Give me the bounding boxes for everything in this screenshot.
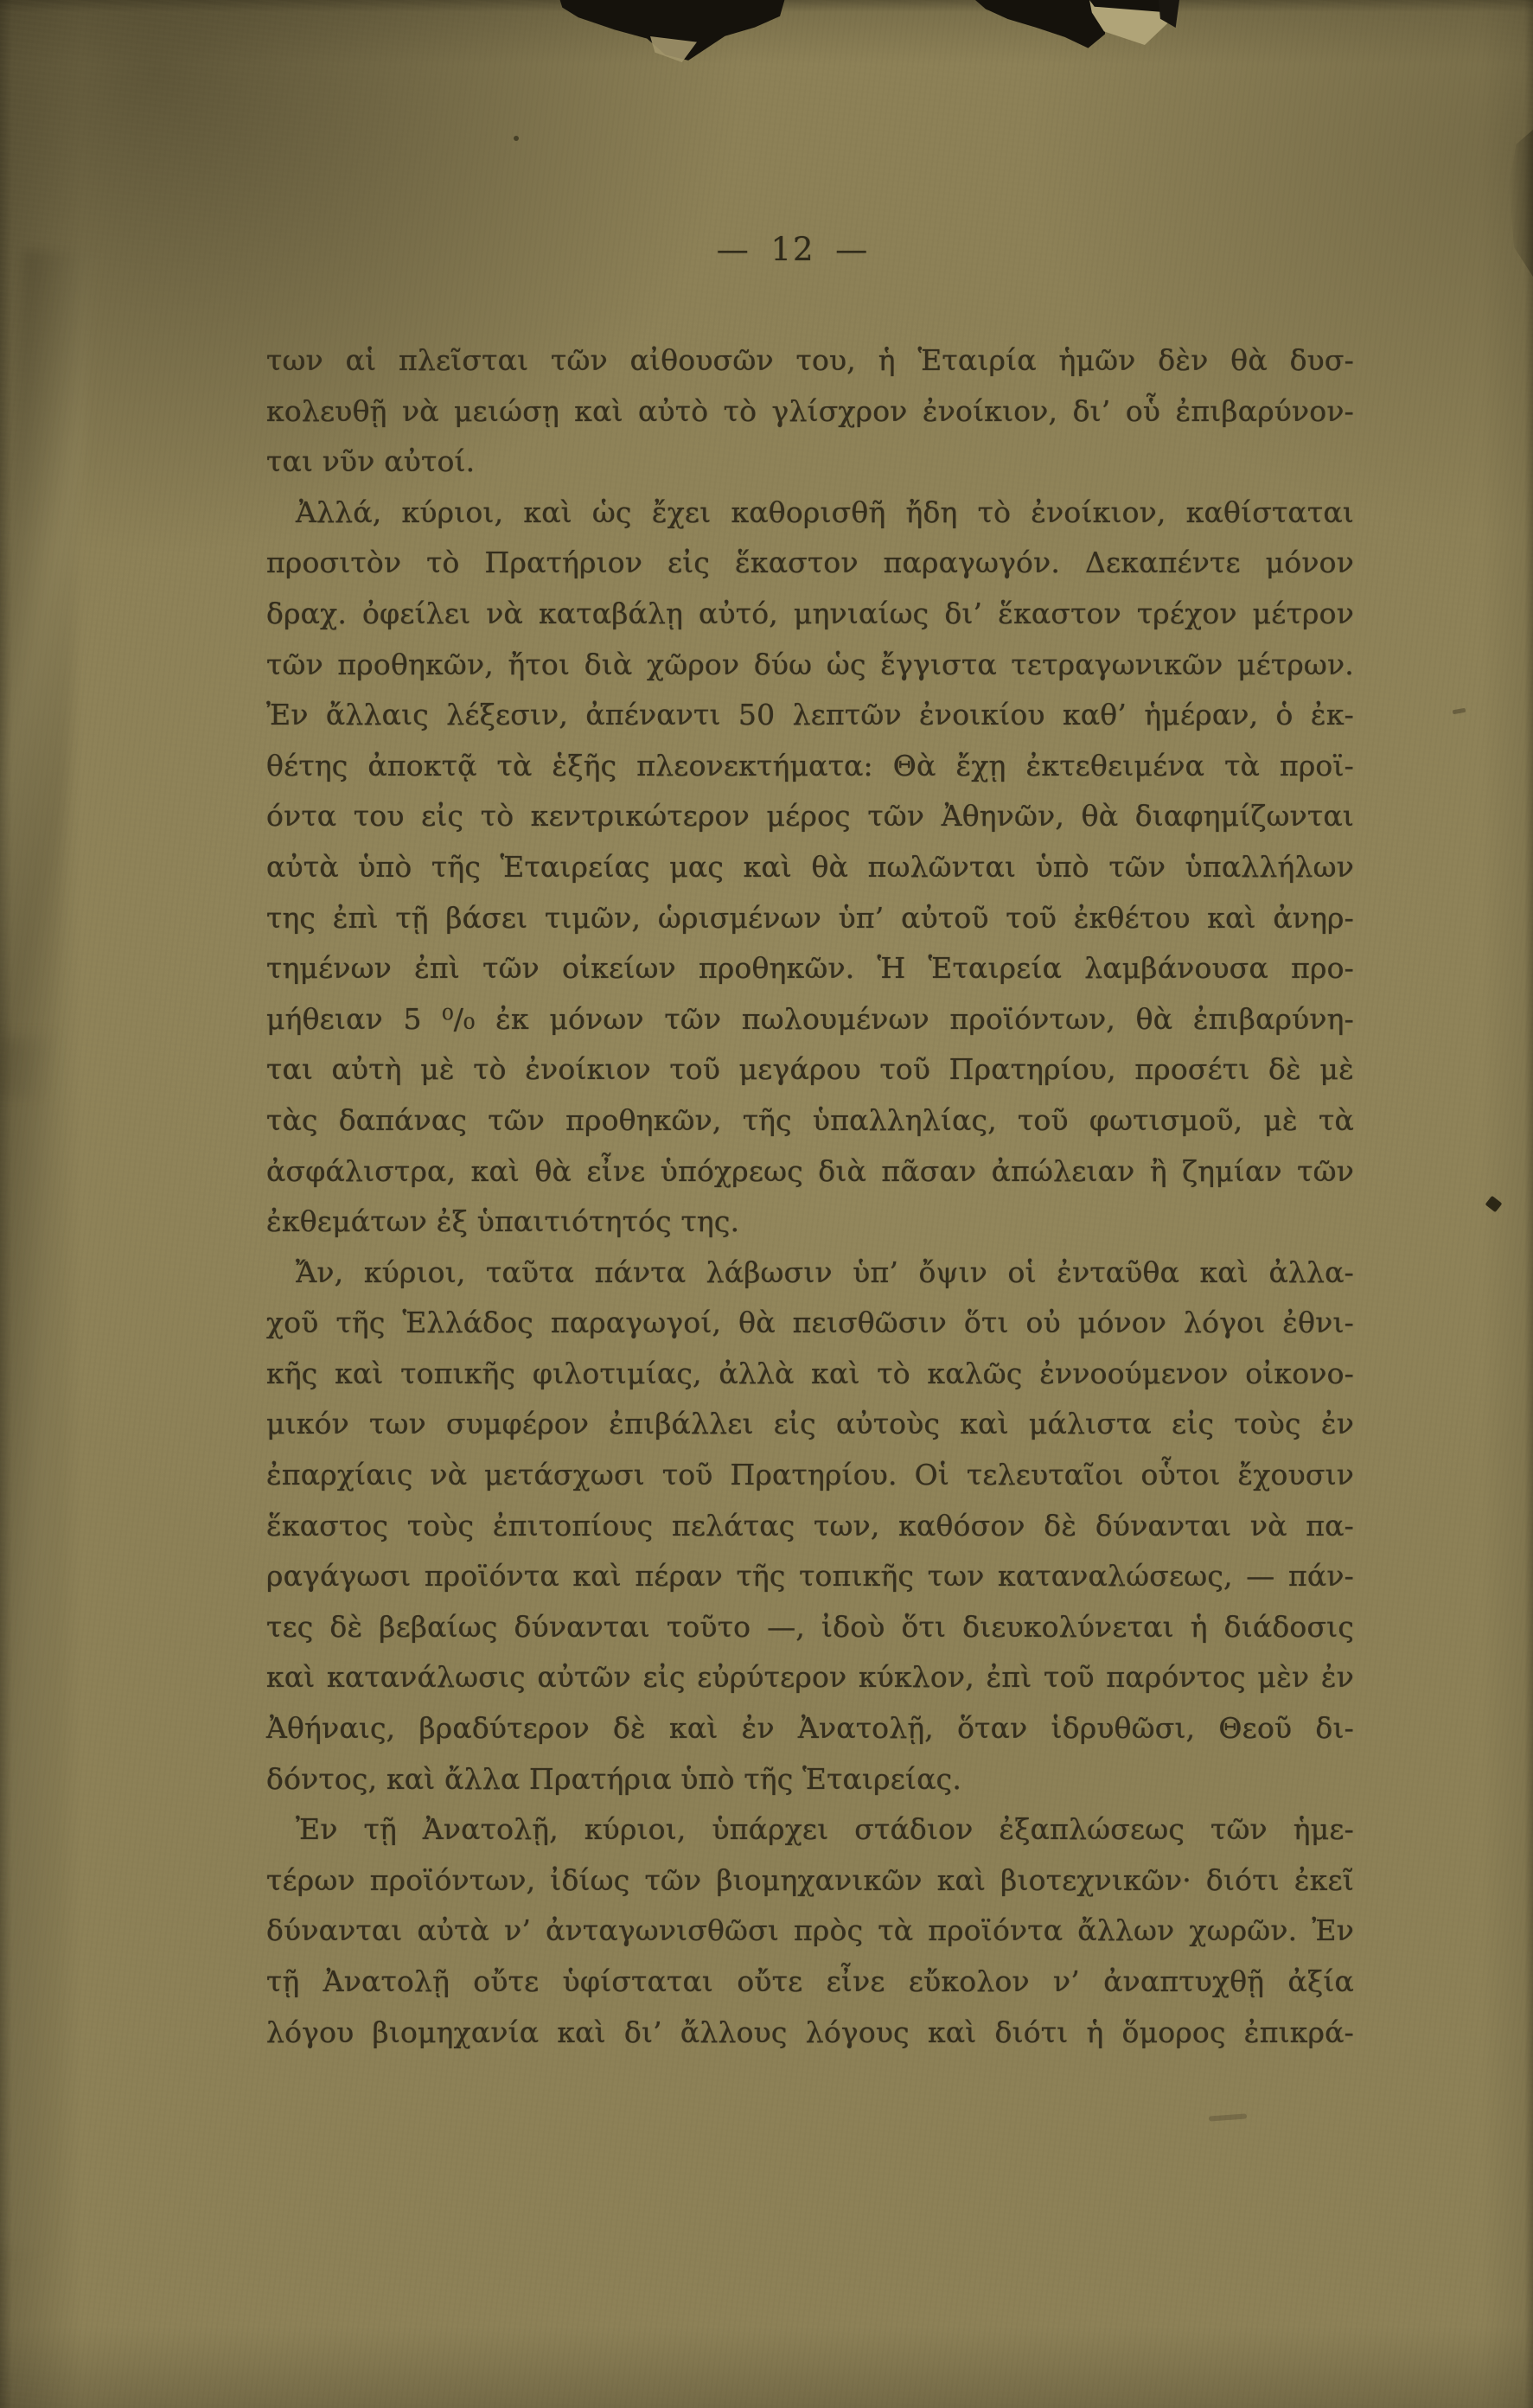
ink-speck [514, 136, 519, 141]
text-line: ραγάγωσι προϊόντα καὶ πέραν τῆς τοπικῆς … [266, 1551, 1354, 1602]
pencil-smudge [1209, 2113, 1247, 2121]
text-line: όντα του εἰς τὸ κεντρικώτερον μέρος τῶν … [266, 791, 1354, 842]
text-line: μήθειαν 5 ⁰/₀ ἐκ μόνων τῶν πωλουμένων πρ… [266, 994, 1354, 1045]
text-line: μικόν των συμφέρον ἐπιβάλλει εἰς αὐτοὺς … [266, 1399, 1354, 1450]
torn-edge-notch [1509, 130, 1533, 277]
paper-crease [0, 1038, 52, 2248]
text-line: ἀσφάλιστρα, καὶ θὰ εἶνε ὑπόχρεως διὰ πᾶσ… [266, 1147, 1354, 1198]
text-line: ἐπαρχίαις νὰ μετάσχωσι τοῦ Πρατηρίου. Οἱ… [266, 1450, 1354, 1501]
text-line: καὶ κατανάλωσις αὐτῶν εἰς εὐρύτερον κύκλ… [266, 1652, 1354, 1703]
page-text-block: των αἱ πλεῖσται τῶν αἰθουσῶν του, ἡ Ἑται… [266, 335, 1354, 2058]
text-line: Ἄν, κύριοι, ταῦτα πάντα λάβωσιν ὑπ’ ὄψιν… [266, 1248, 1354, 1299]
text-line: Ἀθήναις, βραδύτερον δὲ καὶ ἐν Ἀνατολῇ, ὅ… [266, 1703, 1354, 1754]
text-line: τὰς δαπάνας τῶν προθηκῶν, τῆς ὑπαλληλίας… [266, 1095, 1354, 1147]
page-number: — 12 — [266, 231, 1319, 268]
text-line: τῶν προθηκῶν, ἤτοι διὰ χῶρον δύω ὡς ἔγγι… [266, 640, 1354, 691]
text-line: προσιτὸν τὸ Πρατήριον εἰς ἕκαστον παραγω… [266, 538, 1354, 589]
text-line: των αἱ πλεῖσται τῶν αἰθουσῶν του, ἡ Ἑται… [266, 335, 1354, 386]
text-line: δραχ. ὀφείλει νὰ καταβάλῃ αὐτό, μηνιαίως… [266, 589, 1354, 640]
text-line: ται αὐτὴ μὲ τὸ ἐνοίκιον τοῦ μεγάρου τοῦ … [266, 1044, 1354, 1095]
text-line: τέρων προϊόντων, ἰδίως τῶν βιομηχανικῶν … [266, 1856, 1354, 1907]
ink-speck [1485, 1196, 1503, 1212]
text-line: αὐτὰ ὑπὸ τῆς Ἑταιρείας μας καὶ θὰ πωλῶντ… [266, 842, 1354, 893]
text-line: κῆς καὶ τοπικῆς φιλοτιμίας, ἀλλὰ καὶ τὸ … [266, 1349, 1354, 1400]
paper-crease [0, 250, 91, 1099]
text-line: ἕκαστος τοὺς ἐπιτοπίους πελάτας των, καθ… [266, 1501, 1354, 1552]
text-line: λόγου βιομηχανία καὶ δι’ ἄλλους λόγους κ… [266, 2008, 1354, 2059]
ink-speck [1453, 708, 1466, 715]
text-line: τες δὲ βεβαίως δύνανται τοῦτο —, ἰδοὺ ὅτ… [266, 1602, 1354, 1653]
torn-edge-ink-stain [975, 0, 1105, 50]
text-line: τῇ Ἀνατολῇ οὔτε ὑφίσταται οὔτε εἶνε εὔκο… [266, 1957, 1354, 2008]
text-line: ται νῦν αὐτοί. [266, 437, 1354, 488]
text-line: Ἐν τῇ Ἀνατολῇ, κύριοι, ὑπάρχει στάδιον ἐ… [266, 1804, 1354, 1856]
text-line: Ἐν ἄλλαις λέξεσιν, ἀπέναντι 50 λεπτῶν ἐν… [266, 690, 1354, 741]
text-line: της ἐπὶ τῇ βάσει τιμῶν, ὡρισμένων ὑπ’ αὐ… [266, 893, 1354, 944]
text-line: Ἀλλά, κύριοι, καὶ ὡς ἔχει καθορισθῆ ἤδη … [266, 488, 1354, 539]
text-line: ἐκθεμάτων ἐξ ὑπαιτιότητός της. [266, 1197, 1354, 1248]
text-line: δύνανται αὐτὰ ν’ ἀνταγωνισθῶσι πρὸς τὰ π… [266, 1906, 1354, 1957]
text-line: τημένων ἐπὶ τῶν οἰκείων προθηκῶν. Ἡ Ἑται… [266, 943, 1354, 994]
text-line: χοῦ τῆς Ἑλλάδος παραγωγοί, θὰ πεισθῶσιν … [266, 1298, 1354, 1349]
scanned-book-page: — 12 — των αἱ πλεῖσται τῶν αἰθουσῶν του,… [0, 0, 1533, 2408]
text-line: δόντος, καὶ ἄλλα Πρατήρια ὑπὸ τῆς Ἑταιρε… [266, 1754, 1354, 1805]
text-line: κολευθῇ νὰ μειώσῃ καὶ αὐτὸ τὸ γλίσχρον ἐ… [266, 386, 1354, 438]
text-line: θέτης ἀποκτᾷ τὰ ἑξῆς πλεονεκτήματα: Θὰ ἔ… [266, 741, 1354, 792]
